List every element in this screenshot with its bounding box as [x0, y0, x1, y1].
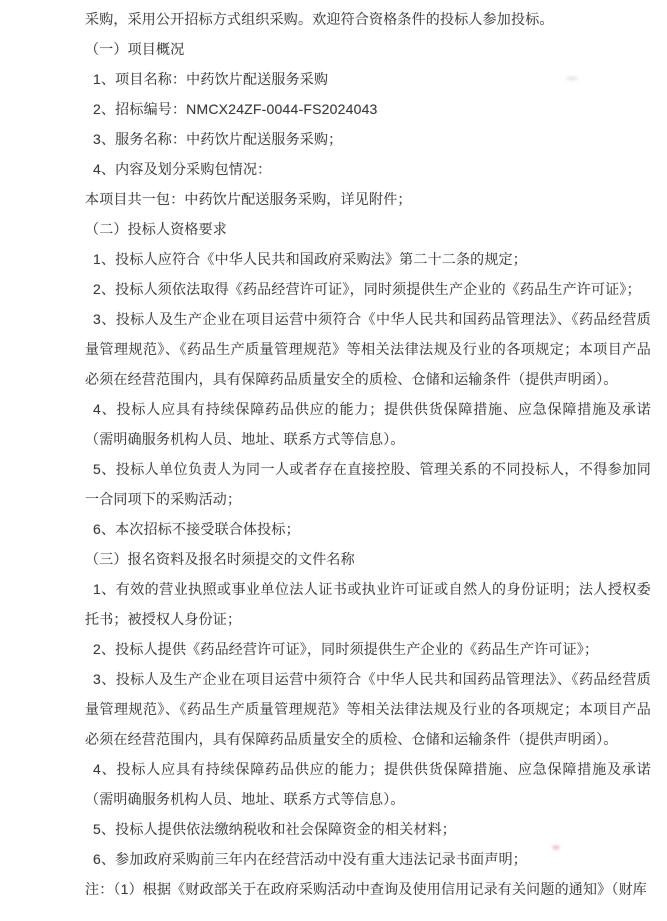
qualification-item-1: 1、投标人应符合《中华人民共和国政府采购法》第二十二条的规定；	[85, 244, 651, 274]
notice-text-block: 采购，采用公开招标方式组织采购。欢迎符合资格条件的投标人参加投标。 （一）项目概…	[85, 4, 651, 904]
section-1-heading: （一）项目概况	[85, 34, 651, 64]
qualification-item-2: 2、投标人须依法取得《药品经营许可证》，同时须提供生产企业的《药品生产许可证》；	[85, 274, 651, 304]
package-division-line: 4、内容及划分采购包情况：	[85, 154, 651, 184]
scan-artifact-gray-smudge	[566, 76, 578, 81]
registration-document-item-3: 3、投标人及生产企业在项目运营中须符合《中华人民共和国药品管理法》、《药品经营质…	[85, 664, 651, 754]
registration-document-item-1: 1、有效的营业执照或事业单位法人证书或执业许可证或自然人的身份证明；法人授权委托…	[85, 574, 651, 634]
qualification-item-6: 6、本次招标不接受联合体投标；	[85, 514, 651, 544]
section-2-heading: （二）投标人资格要求	[85, 214, 651, 244]
note-line: 注：（1）根据《财政部关于在政府采购活动中查询及使用信用记录有关问题的通知》（财…	[85, 874, 651, 904]
tender-number-line: 2、招标编号：NMCX24ZF-0044-FS2024043	[85, 94, 651, 124]
registration-document-item-5: 5、投标人提供依法缴纳税收和社会保障资金的相关材料；	[85, 814, 651, 844]
qualification-item-4: 4、投标人应具有持续保障药品供应的能力；提供供货保障措施、应急保障措施及承诺（需…	[85, 394, 651, 454]
registration-document-item-2: 2、投标人提供《药品经营许可证》，同时须提供生产企业的《药品生产许可证》；	[85, 634, 651, 664]
scanned-document-page: 采购，采用公开招标方式组织采购。欢迎符合资格条件的投标人参加投标。 （一）项目概…	[0, 0, 667, 921]
registration-document-item-4: 4、投标人应具有持续保障药品供应的能力；提供供货保障措施、应急保障措施及承诺（需…	[85, 754, 651, 814]
qualification-item-5: 5、投标人单位负责人为同一人或者存在直接控股、管理关系的不同投标人，不得参加同一…	[85, 454, 651, 514]
intro-continuation-line: 采购，采用公开招标方式组织采购。欢迎符合资格条件的投标人参加投标。	[85, 4, 651, 34]
registration-document-item-6: 6、参加政府采购前三年内在经营活动中没有重大违法记录书面声明；	[85, 844, 651, 874]
section-3-heading: （三）报名资料及报名时须提交的文件名称	[85, 544, 651, 574]
qualification-item-3: 3、投标人及生产企业在项目运营中须符合《中华人民共和国药品管理法》、《药品经营质…	[85, 304, 651, 394]
package-description-line: 本项目共一包：中药饮片配送服务采购，详见附件；	[85, 184, 651, 214]
scan-artifact-pink-dot	[552, 845, 560, 850]
service-name-line: 3、服务名称：中药饮片配送服务采购；	[85, 124, 651, 154]
